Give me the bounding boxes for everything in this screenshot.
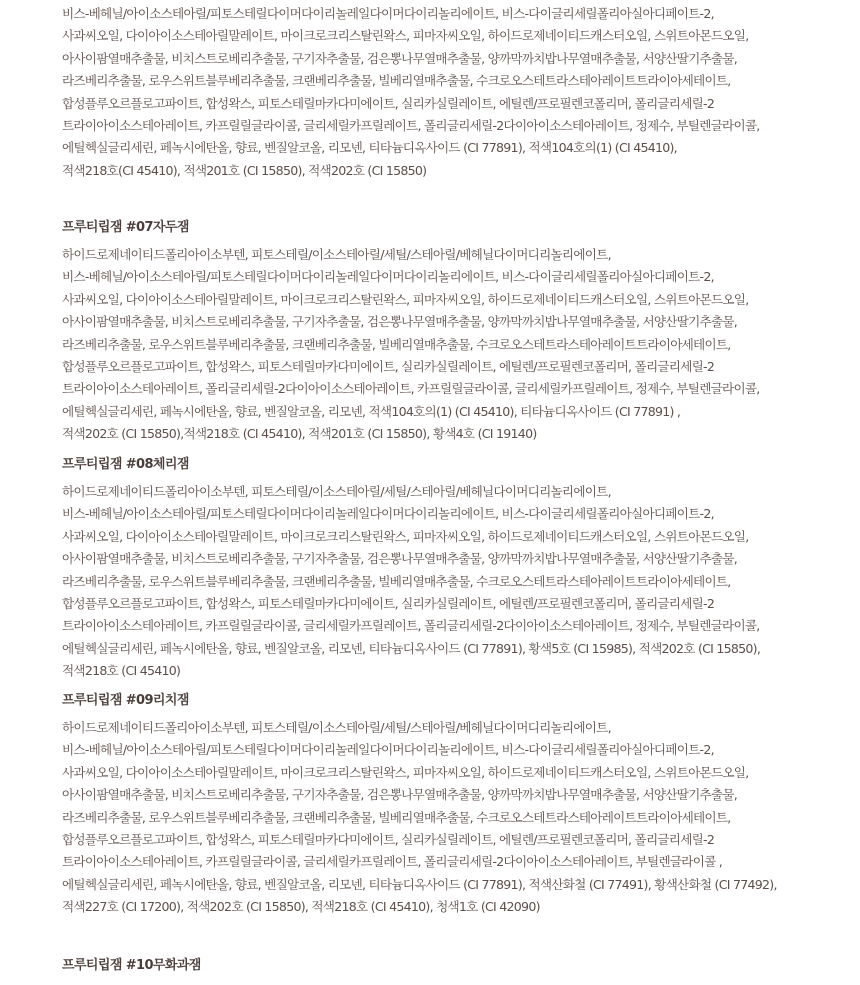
product-heading-07: 프루티립잼 #07자두잼	[62, 216, 189, 235]
ingredient-line: 합성플루오르플로고파이트, 합성왁스, 피토스테릴마카다미에이트, 실리카실릴레…	[62, 93, 760, 115]
ingredient-line: 합성플루오르플로고파이트, 합성왁스, 피토스테릴마카다미에이트, 실리카실릴레…	[62, 829, 777, 851]
ingredient-line: 적색218호 (CI 45410)	[62, 660, 760, 682]
ingredient-line: 라즈베리추출물, 로우스위트블루베리추출물, 크랜베리추출물, 빌베리열매추출물…	[62, 334, 760, 356]
ingredient-line: 하이드로제네이티드폴리아이소부텐, 피토스테릴/이소스테아릴/세틸/스테아릴/베…	[62, 717, 777, 739]
product-heading-09: 프루티립잼 #09리치잼	[62, 689, 189, 708]
ingredient-line: 적색227호 (CI 17200), 적색202호 (CI 15850), 적색…	[62, 896, 777, 918]
ingredient-line: 트라이아이소스테아레이트, 카프릴릴글라이콜, 글리세릴카프릴레이트, 폴리글리…	[62, 851, 777, 873]
ingredient-line: 적색218호(CI 45410), 적색201호 (CI 15850), 적색2…	[62, 160, 760, 182]
ingredient-section-08: 하이드로제네이티드폴리아이소부텐, 피토스테릴/이소스테아릴/세틸/스테아릴/베…	[62, 481, 760, 683]
ingredient-line: 합성플루오르플로고파이트, 합성왁스, 피토스테릴마카다미에이트, 실리카실릴레…	[62, 593, 760, 615]
ingredient-line: 에틸헥실글리세린, 페녹시에탄올, 향료, 벤질알코올, 리모넨, 티타늄디옥사…	[62, 638, 760, 660]
ingredient-line: 아사이팜열매추출물, 비치스트로베리추출물, 구기자추출물, 검은뽕나무열매추출…	[62, 784, 777, 806]
ingredient-line: 비스-베헤닐/아이소스테아릴/피토스테릴다이머다이리놀레일다이머다이리놀리에이트…	[62, 503, 760, 525]
ingredient-line: 합성플루오르플로고파이트, 합성왁스, 피토스테릴마카다미에이트, 실리카실릴레…	[62, 356, 760, 378]
product-heading-10: 프루티립잼 #10무화과잼	[62, 954, 201, 973]
ingredient-section-07: 하이드로제네이티드폴리아이소부텐, 피토스테릴/이소스테아릴/세틸/스테아릴/베…	[62, 244, 760, 446]
ingredient-line: 비스-베헤닐/아이소스테아릴/피토스테릴다이머다이리놀레일다이머다이리놀리에이트…	[62, 3, 760, 25]
ingredient-line: 에틸헥실글리세린, 페녹시에탄올, 향료, 벤질알코올, 리모넨, 티타늄디옥사…	[62, 874, 777, 896]
ingredient-line: 하이드로제네이티드폴리아이소부텐, 피토스테릴/이소스테아릴/세틸/스테아릴/베…	[62, 244, 760, 266]
ingredient-line: 아사이팜열매추출물, 비치스트로베리추출물, 구기자추출물, 검은뽕나무열매추출…	[62, 548, 760, 570]
ingredient-line: 에틸헥실글리세린, 페녹시에탄올, 향료, 벤질알코올, 리모넨, 티타늄디옥사…	[62, 137, 760, 159]
ingredient-line: 하이드로제네이티드폴리아이소부텐, 피토스테릴/이소스테아릴/세틸/스테아릴/베…	[62, 481, 760, 503]
ingredient-line: 트라이아이소스테아레이트, 카프릴릴글라이콜, 글리세릴카프릴레이트, 폴리글리…	[62, 615, 760, 637]
product-heading-08: 프루티립잼 #08체리잼	[62, 453, 189, 472]
ingredient-line: 라즈베리추출물, 로우스위트블루베리추출물, 크랜베리추출물, 빌베리열매추출물…	[62, 807, 777, 829]
ingredient-line: 에틸헥실글리세린, 페녹시에탄올, 향료, 벤질알코올, 리모넨, 적색104호…	[62, 401, 760, 423]
ingredient-line: 사과씨오일, 다이아이소스테아릴말레이트, 마이크로크리스탈린왁스, 피마자씨오…	[62, 25, 760, 47]
ingredient-section-09: 하이드로제네이티드폴리아이소부텐, 피토스테릴/이소스테아릴/세틸/스테아릴/베…	[62, 717, 777, 919]
ingredient-line: 트라이아이소스테아레이트, 카프릴릴글라이콜, 글리세릴카프릴레이트, 폴리글리…	[62, 115, 760, 137]
ingredient-section-continued: 비스-베헤닐/아이소스테아릴/피토스테릴다이머다이리놀레일다이머다이리놀리에이트…	[62, 3, 760, 182]
ingredient-line: 사과씨오일, 다이아이소스테아릴말레이트, 마이크로크리스탈린왁스, 피마자씨오…	[62, 762, 777, 784]
ingredient-line: 적색202호 (CI 15850),적색218호 (CI 45410), 적색2…	[62, 423, 760, 445]
ingredient-line: 비스-베헤닐/아이소스테아릴/피토스테릴다이머다이리놀레일다이머다이리놀리에이트…	[62, 739, 777, 761]
ingredient-line: 사과씨오일, 다이아이소스테아릴말레이트, 마이크로크리스탈린왁스, 피마자씨오…	[62, 289, 760, 311]
ingredient-line: 아사이팜열매추출물, 비치스트로베리추출물, 구기자추출물, 검은뽕나무열매추출…	[62, 48, 760, 70]
ingredient-line: 사과씨오일, 다이아이소스테아릴말레이트, 마이크로크리스탈린왁스, 피마자씨오…	[62, 526, 760, 548]
ingredient-line: 트라이아이소스테아레이트, 폴리글리세릴-2다이아이소스테아레이트, 카프릴릴글…	[62, 378, 760, 400]
ingredient-line: 라즈베리추출물, 로우스위트블루베리추출물, 크랜베리추출물, 빌베리열매추출물…	[62, 571, 760, 593]
ingredient-line: 아사이팜열매추출물, 비치스트로베리추출물, 구기자추출물, 검은뽕나무열매추출…	[62, 311, 760, 333]
ingredient-line: 라즈베리추출물, 로우스위트블루베리추출물, 크랜베리추출물, 빌베리열매추출물…	[62, 70, 760, 92]
ingredient-line: 비스-베헤닐/아이소스테아릴/피토스테릴다이머다이리놀레일다이머다이리놀리에이트…	[62, 266, 760, 288]
